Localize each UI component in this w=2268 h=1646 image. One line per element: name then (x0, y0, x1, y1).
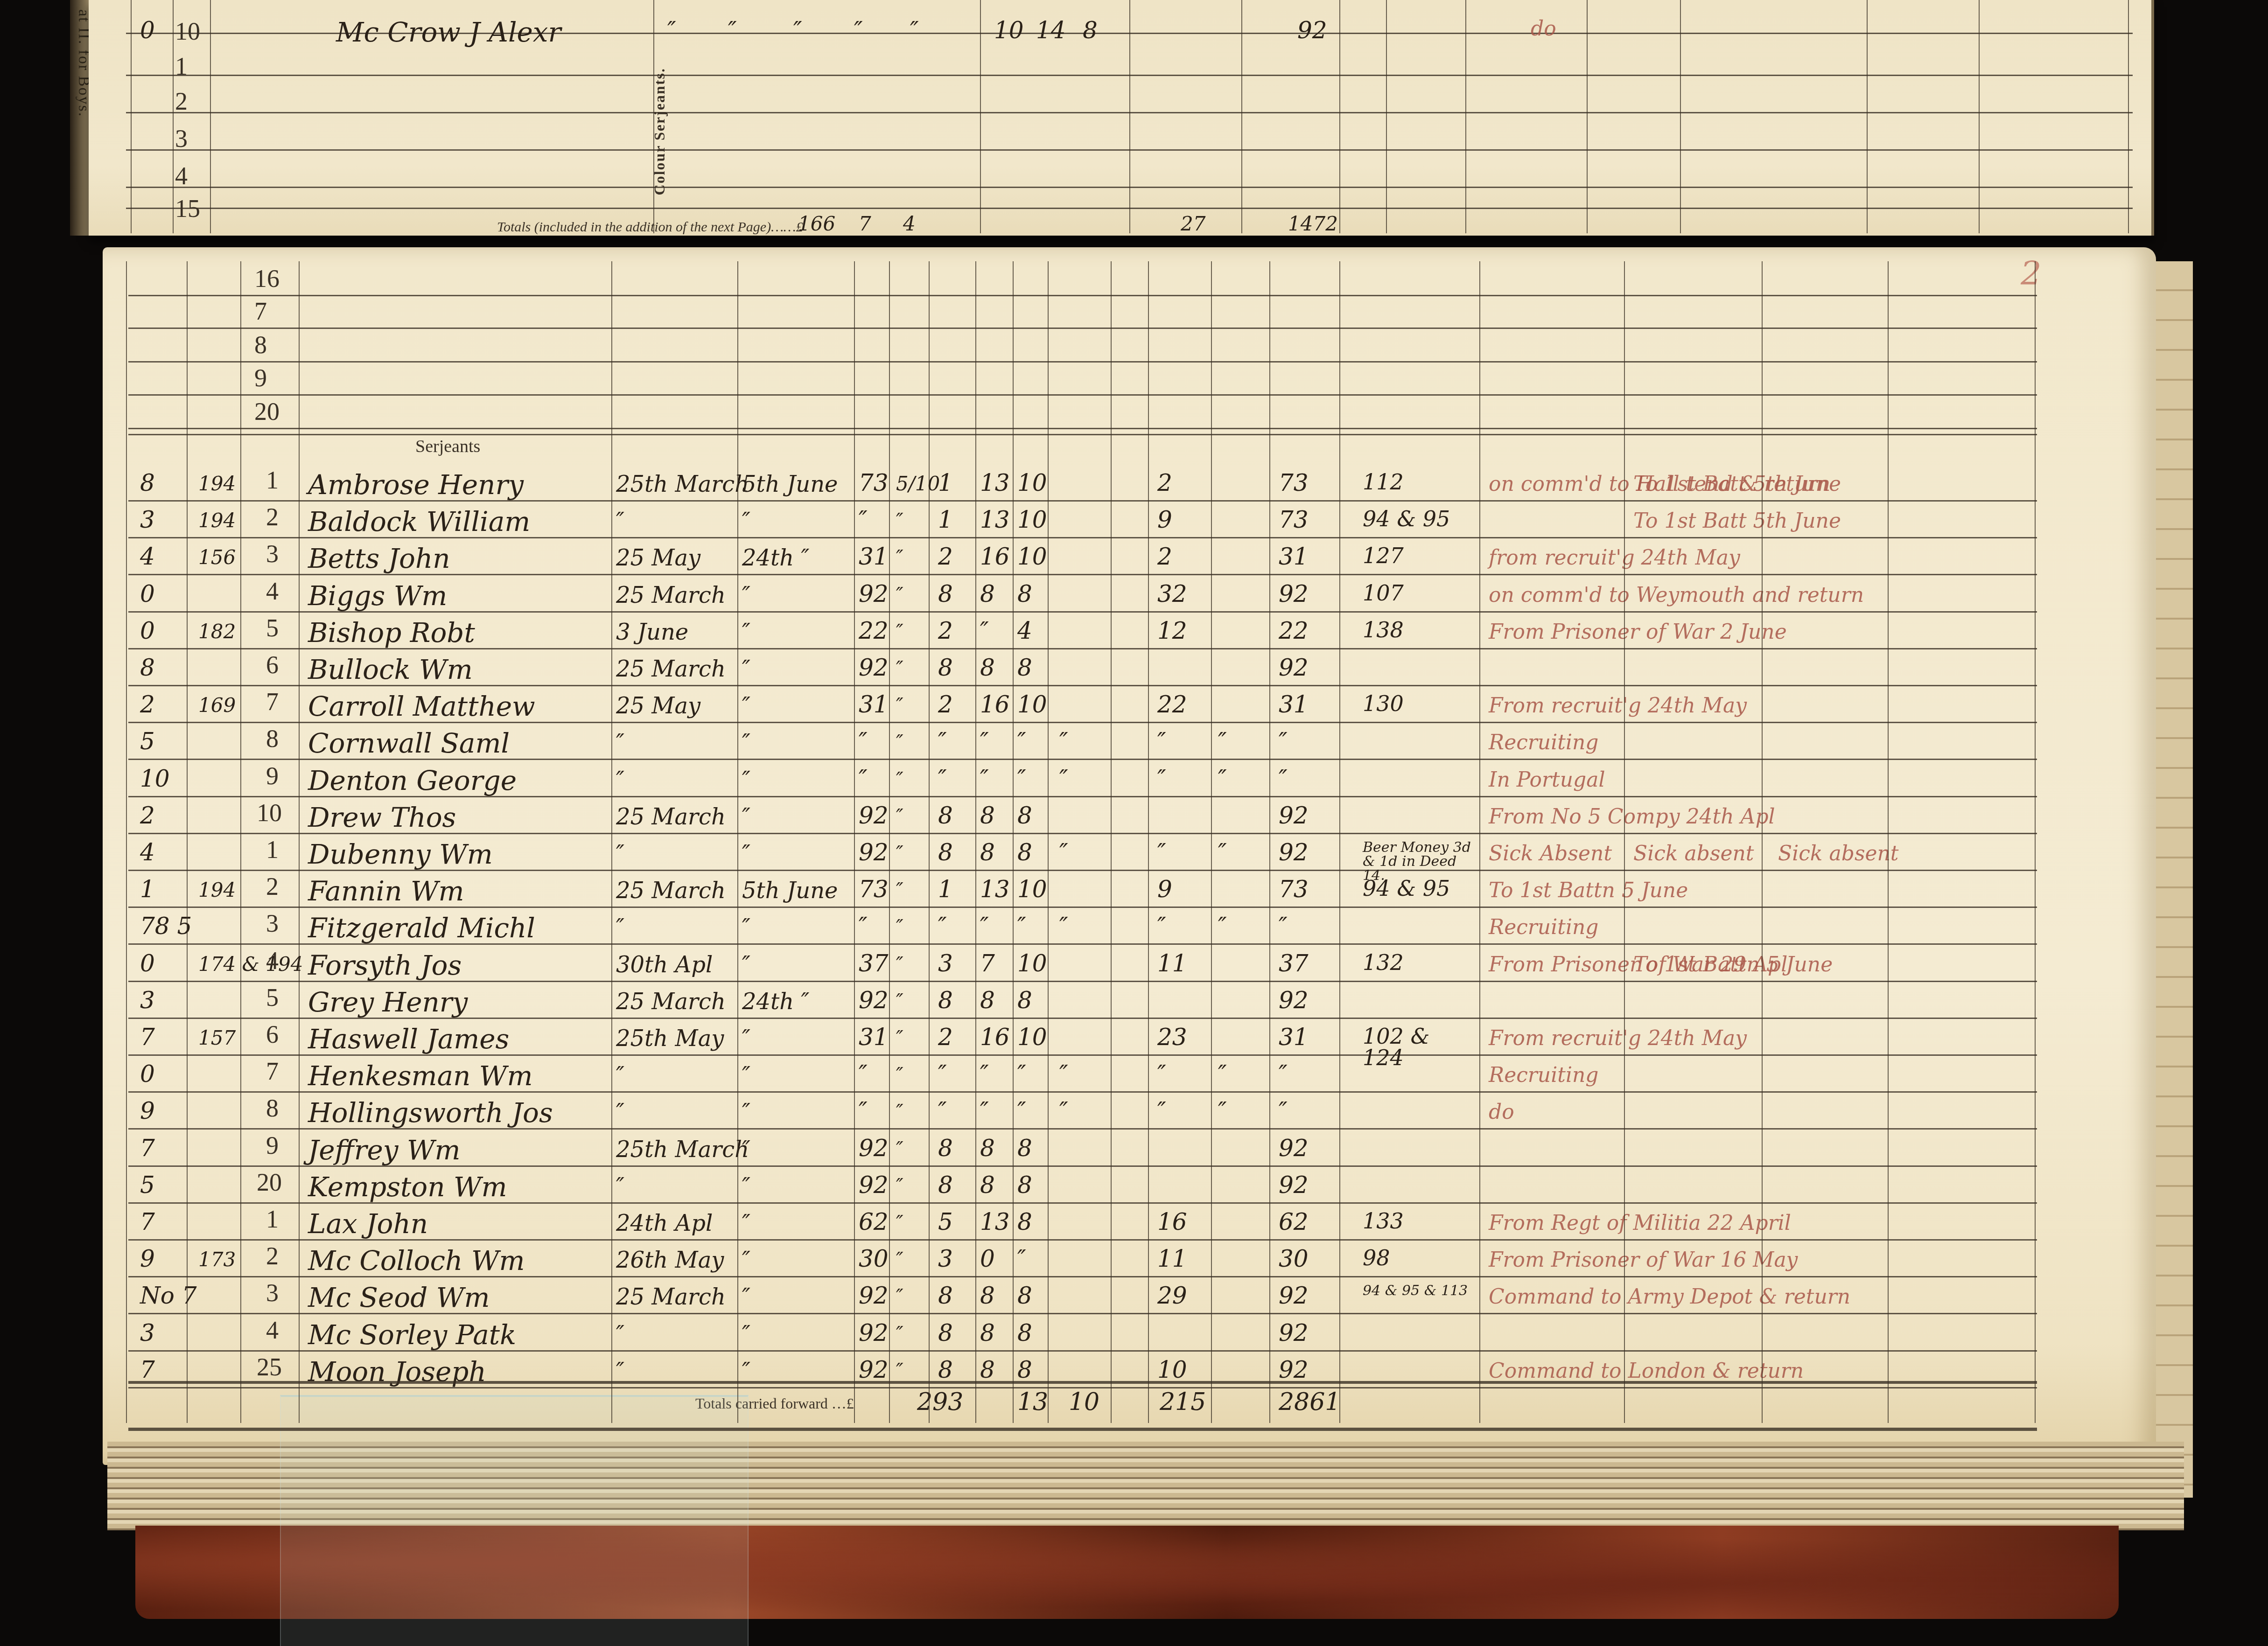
upper-total-col-a: 27 (1181, 212, 1205, 235)
soldier-name: Henkesman Wm (308, 1062, 532, 1089)
grid-vline (173, 0, 174, 233)
grid-vline (854, 261, 855, 1423)
row-number: 25 (257, 1354, 282, 1380)
extra-col-2: 11 (1157, 952, 1187, 975)
row-number: 5 (266, 615, 279, 641)
soldier-name: Carroll Matthew (308, 693, 535, 720)
date-from: 25 March (616, 584, 726, 607)
company-number: 0 (140, 952, 155, 975)
rate: ″ (896, 917, 903, 937)
date-from: 25 May (616, 695, 700, 717)
row-entry: ″ (854, 19, 863, 42)
amount-pounds: 8 (938, 582, 953, 606)
remark-text: To 1st Batt 5th June (1633, 474, 1841, 495)
amount-pounds: 8 (938, 989, 953, 1012)
amount-pounds: 8 (938, 1284, 953, 1307)
company-number: 0 (140, 1062, 155, 1086)
date-to: ″ (742, 916, 750, 939)
amount-pounds: 3 (938, 952, 953, 975)
soldier-name: Denton George (308, 767, 517, 794)
grid-vline (299, 261, 300, 1423)
reference: 107 (1363, 582, 1475, 604)
extra-col-2: 29 (1157, 1284, 1187, 1307)
extra-col-2: 9 (1157, 878, 1172, 901)
date-from: 30th Apl (616, 954, 713, 976)
company-number: 5 (140, 730, 155, 753)
date-from: 25 May (616, 547, 700, 569)
days-count: ″ (859, 1099, 868, 1123)
amount-shillings: 8 (980, 1284, 995, 1307)
rate: ″ (896, 1361, 903, 1381)
reference-number: 173 (198, 1250, 236, 1269)
row-total: 37 (1279, 952, 1309, 975)
date-from: 24th Apl (616, 1212, 713, 1234)
grid-vline (929, 261, 930, 1423)
date-from: 25 March (616, 806, 726, 828)
extra-col-3: ″ (1218, 841, 1227, 864)
date-to: ″ (742, 1212, 750, 1234)
remark-text: Recruiting (1489, 1065, 1599, 1086)
grid-vline (1587, 0, 1588, 233)
amount-pounds: ″ (938, 730, 947, 753)
row-number: 10 (257, 800, 282, 825)
date-from: 25 March (616, 1286, 726, 1308)
row-number: 1 (266, 837, 279, 862)
grid-vline (240, 261, 241, 1423)
extra-col-3: ″ (1218, 914, 1227, 938)
amount-pence: 8 (1017, 1321, 1032, 1345)
soldier-name: Dubenny Wm (308, 841, 493, 868)
grid-hline (128, 328, 2037, 329)
grid-vline (126, 261, 127, 1423)
reference-number: 156 (198, 548, 236, 567)
date-to: ″ (742, 1101, 750, 1123)
reference: 130 (1363, 693, 1475, 714)
row-number: 9 (266, 1133, 279, 1158)
row-total: 30 (1279, 1247, 1309, 1270)
company-number: 0 (140, 582, 155, 606)
row-total: 92 (1279, 841, 1309, 864)
days-count: 92 (859, 1321, 889, 1345)
date-to: ″ (742, 658, 750, 680)
amount-shillings: 16 (980, 1025, 1010, 1049)
grid-vline (1148, 261, 1149, 1423)
date-from: ″ (616, 843, 624, 865)
amount-pounds: 8 (938, 1137, 953, 1160)
days-count: 37 (859, 952, 889, 975)
rate: ″ (896, 1324, 903, 1344)
amount-shillings: ″ (980, 730, 989, 753)
amount-pounds: 1 (938, 878, 953, 901)
grid-vline (1339, 0, 1340, 233)
date-from: 25th March (616, 473, 749, 495)
remark-text: From No 5 Compy 24th Apl (1489, 807, 1775, 827)
amount-pounds: 8 (938, 1358, 953, 1381)
blank-row-number: 8 (254, 332, 267, 357)
grid-hline (128, 295, 2037, 296)
days-count: 92 (859, 1173, 889, 1197)
reference-number: 157 (198, 1028, 236, 1048)
extra-col-2: 16 (1157, 1210, 1187, 1234)
reference-number: 194 (198, 511, 236, 530)
date-to: 24th ″ (742, 547, 809, 569)
row-total: 62 (1279, 1210, 1309, 1234)
extra-col-2: ″ (1157, 1099, 1166, 1123)
grid-vline (611, 261, 612, 1423)
reference: 138 (1363, 619, 1475, 641)
amount-shillings: 8 (980, 1321, 995, 1345)
reference-number: 169 (198, 696, 236, 715)
row-total: 92 (1279, 1284, 1309, 1307)
row-total: ″ (1279, 914, 1288, 938)
amount-shillings: 8 (980, 1358, 995, 1381)
row-total: 31 (1279, 1025, 1309, 1049)
grid-vline (653, 0, 654, 233)
row-total: ″ (1279, 730, 1288, 753)
days-count: 73 (859, 471, 889, 495)
remark-text: In Portugal (1489, 770, 1605, 790)
date-from: ″ (616, 732, 624, 754)
grid-hline (126, 75, 2133, 76)
amount-pounds: 2 (938, 693, 953, 716)
amount-pence: 10 (1017, 952, 1047, 975)
row-entry: ″ (728, 19, 737, 42)
date-from: 25th March (616, 1138, 749, 1161)
row-total: 92 (1279, 582, 1309, 606)
amount-shillings: 8 (980, 804, 995, 827)
company-number: 2 (140, 693, 155, 716)
days-count: 62 (859, 1210, 889, 1234)
glass-stand (280, 1395, 749, 1646)
amount-shillings: 13 (980, 1210, 1010, 1234)
rate: ″ (896, 807, 903, 826)
grid-vline (1211, 261, 1212, 1423)
soldier-name: Mc Colloch Wm (308, 1247, 525, 1274)
remark-text: To 1st Battn 5 June (1489, 880, 1688, 901)
amount-shillings: 16 (980, 693, 1010, 716)
soldier-name: Biggs Wm (308, 582, 447, 609)
amount-shillings: 16 (980, 545, 1010, 568)
remark-text: Sick Absent (1489, 844, 1612, 864)
row-total: ″ (1279, 1062, 1288, 1086)
grid-hline (128, 434, 2037, 435)
extra-col-1: ″ (1059, 767, 1068, 790)
grid-vline (1762, 261, 1763, 1423)
reference-number: 174 & 194 (198, 955, 303, 974)
amount-pence: ″ (1017, 1062, 1026, 1086)
row-number: 2 (175, 89, 188, 114)
date-to: ″ (742, 769, 750, 791)
days-count: 92 (859, 1284, 889, 1307)
row-total: 92 (1279, 656, 1309, 679)
row-number: 2 (266, 504, 279, 530)
remark-text: Sick absent (1778, 844, 1899, 864)
rate: ″ (896, 732, 903, 752)
company-number: 0 (140, 619, 155, 642)
date-from: 26th May (616, 1249, 724, 1271)
row-number: 15 (175, 196, 200, 221)
reference-number: 182 (198, 622, 236, 642)
amount-pounds: 1 (938, 471, 953, 495)
company-number: 1 (140, 878, 155, 901)
date-from: 25 March (616, 879, 726, 902)
company-number: 7 (140, 1025, 155, 1049)
row-number: 7 (266, 689, 279, 714)
remark-text: Sick absent (1633, 844, 1754, 864)
amount-shillings: ″ (980, 914, 989, 938)
extra-col-2: 22 (1157, 693, 1187, 716)
rate: ″ (896, 880, 903, 900)
grid-hline (126, 112, 2133, 113)
date-to: ″ (742, 1249, 750, 1271)
date-to: ″ (742, 510, 750, 532)
row-number: 4 (266, 579, 279, 604)
extra-col-2: 2 (1157, 471, 1172, 495)
extra-col-2: 12 (1157, 619, 1187, 642)
amount-pounds: 2 (938, 1025, 953, 1049)
row-number: 1 (266, 467, 279, 493)
row-total: 73 (1279, 878, 1309, 901)
rate: ″ (896, 1028, 903, 1048)
days-count: 92 (859, 1358, 889, 1381)
extra-col-2: ″ (1157, 914, 1166, 938)
grid-hline (126, 187, 2133, 188)
date-from: 25th May (616, 1027, 724, 1050)
soldier-name: Bishop Robt (308, 619, 475, 646)
row-entry: 10 (994, 19, 1024, 42)
amount-shillings: ″ (980, 619, 989, 642)
grid-vline (737, 261, 738, 1423)
extra-col-2: ″ (1157, 841, 1166, 864)
remark-text: do (1489, 1102, 1514, 1123)
soldier-name: Grey Henry (308, 989, 468, 1016)
days-count: 31 (859, 545, 889, 568)
amount-pounds: 2 (938, 619, 953, 642)
rate: ″ (896, 1287, 903, 1306)
amount-shillings: 8 (980, 841, 995, 864)
row-total: ″ (1279, 1099, 1288, 1123)
grid-vline (1269, 261, 1270, 1423)
row-total: 92 (1279, 804, 1309, 827)
soldier-name: Betts John (308, 545, 450, 572)
amount-pounds: ″ (938, 1062, 947, 1086)
amount-pence: 10 (1017, 471, 1047, 495)
grid-vline (1013, 261, 1014, 1423)
extra-col-2: ″ (1157, 767, 1166, 790)
date-to: ″ (742, 584, 750, 607)
date-from: 25 March (616, 990, 726, 1013)
row-number: 9 (266, 763, 279, 788)
amount-pence: 8 (1017, 1358, 1032, 1381)
total-col-a: 215 (1160, 1388, 1206, 1416)
extra-col-2: 9 (1157, 508, 1172, 531)
date-to: ″ (742, 1286, 750, 1308)
rate: ″ (896, 770, 903, 789)
upper-total-pence: 4 (903, 212, 916, 235)
date-from: 25 March (616, 658, 726, 680)
date-to: 5th June (742, 473, 838, 495)
extra-col-1: ″ (1059, 1062, 1068, 1086)
days-count: 31 (859, 1025, 889, 1049)
grid-vline (1479, 261, 1480, 1423)
date-to: ″ (742, 1064, 750, 1087)
company-number: 3 (140, 508, 155, 531)
grid-vline (187, 261, 188, 1423)
soldier-name: Ambrose Henry (308, 471, 524, 498)
grid-hline (126, 149, 2133, 151)
company-number: 7 (140, 1358, 155, 1381)
amount-pounds: ″ (938, 914, 947, 938)
row-total: 22 (1279, 619, 1309, 642)
amount-pounds: 8 (938, 804, 953, 827)
days-count: 31 (859, 693, 889, 716)
remark-text: From Prisoner of War 2 June (1489, 622, 1787, 642)
total-col-b: 2861 (1279, 1388, 1340, 1416)
days-count: 92 (859, 656, 889, 679)
days-count: ″ (859, 767, 868, 790)
reference: 132 (1363, 952, 1475, 973)
row-number: 5 (266, 985, 279, 1010)
amount-pounds: 2 (938, 545, 953, 568)
reference: 127 (1363, 545, 1475, 566)
rate: ″ (896, 511, 903, 530)
row-total: 92 (1279, 989, 1309, 1012)
rate: ″ (896, 1102, 903, 1122)
row-number: 3 (266, 911, 279, 936)
remark-text: Recruiting (1489, 917, 1599, 938)
grid-hline (128, 394, 2037, 396)
company-number: 2 (140, 804, 155, 827)
total-pounds: 293 (917, 1388, 963, 1416)
rate: ″ (896, 991, 903, 1011)
rate: ″ (896, 844, 903, 863)
date-from: ″ (616, 510, 624, 532)
row-number: 2 (266, 1243, 279, 1269)
upper-total-col-b: 1472 (1288, 212, 1338, 235)
row-number: 20 (257, 1170, 282, 1195)
amount-pounds: 8 (938, 841, 953, 864)
remark-text: on comm'd to Weymouth and return (1489, 585, 1864, 606)
amount-pence: 8 (1017, 582, 1032, 606)
amount-shillings: 13 (980, 471, 1010, 495)
amount-shillings: 13 (980, 508, 1010, 531)
amount-shillings: 8 (980, 582, 995, 606)
grid-vline (1241, 0, 1242, 233)
row-total: 92 (1279, 1358, 1309, 1381)
reference: 94 & 95 & 113 (1363, 1284, 1475, 1298)
rate: ″ (896, 1250, 903, 1269)
row-total: 73 (1279, 471, 1309, 495)
row-number: 3 (175, 126, 188, 151)
date-to: ″ (742, 1175, 750, 1198)
soldier-name: Fitzgerald Michl (308, 914, 535, 942)
row-number: 6 (266, 652, 279, 677)
remark-text: Recruiting (1489, 732, 1599, 753)
date-to: ″ (742, 1027, 750, 1050)
soldier-name: Bullock Wm (308, 656, 473, 683)
days-count: 92 (859, 989, 889, 1012)
company-number: 8 (140, 471, 155, 495)
extra-col-3: ″ (1218, 1099, 1227, 1123)
upper-total-pounds: 166 (798, 212, 835, 235)
reference: 112 (1363, 471, 1475, 493)
blank-row-number: 9 (254, 365, 267, 391)
amount-pence: 10 (1017, 1025, 1047, 1049)
row-number: 6 (266, 1022, 279, 1047)
soldier-name: Kempston Wm (308, 1173, 507, 1200)
row-number: 10 (175, 19, 200, 44)
row-number: 8 (266, 1095, 279, 1121)
date-to: ″ (742, 1323, 750, 1346)
extra-col-3: ″ (1218, 730, 1227, 753)
date-from: ″ (616, 1101, 624, 1123)
total-pence: 10 (1069, 1388, 1099, 1416)
days-count: ″ (859, 508, 868, 531)
row-entry: 8 (1083, 19, 1098, 42)
upper-total-shillings: 7 (859, 212, 871, 235)
company-number: 5 (140, 1173, 155, 1197)
date-from: ″ (616, 1175, 624, 1198)
grid-vline (1624, 261, 1625, 1423)
row-total: 31 (1279, 545, 1309, 568)
soldier-name: Jeffrey Wm (308, 1137, 461, 1164)
date-from: ″ (616, 1064, 624, 1087)
days-count: 92 (859, 841, 889, 864)
rate: ″ (896, 1176, 903, 1196)
row-entry: ″ (793, 19, 802, 42)
grid-hline (128, 361, 2037, 363)
row-remark: do (1531, 19, 1556, 39)
days-count: ″ (859, 914, 868, 938)
company-number: 4 (140, 841, 155, 864)
extra-col-1: ″ (1059, 841, 1068, 864)
grid-vline (1888, 261, 1889, 1423)
page-number: 2 (2021, 254, 2042, 293)
date-to: ″ (742, 1360, 750, 1382)
rate: ″ (896, 1065, 903, 1085)
grid-vline (1339, 261, 1340, 1423)
date-to: ″ (742, 1138, 750, 1161)
reference-number: 194 (198, 880, 236, 900)
amount-pence: 8 (1017, 1173, 1032, 1197)
remark-text: From recruit'g 24th May (1489, 1028, 1747, 1049)
date-to: ″ (742, 806, 750, 828)
grid-vline (1680, 0, 1681, 233)
grid-hline (128, 428, 2037, 429)
days-count: ″ (859, 730, 868, 753)
company-number: 8 (140, 656, 155, 679)
grid-vline (1048, 261, 1049, 1423)
extra-col-1: ″ (1059, 730, 1068, 753)
amount-shillings: 7 (980, 952, 995, 975)
total-shillings: 13 (1017, 1388, 1048, 1416)
amount-pence: 10 (1017, 693, 1047, 716)
date-from: 3 June (616, 621, 688, 643)
company-number: 9 (140, 1247, 155, 1270)
row-entry: ″ (910, 19, 919, 42)
grid-hline (128, 1381, 2037, 1384)
amount-pence: 4 (1017, 619, 1032, 642)
amount-pence: ″ (1017, 767, 1026, 790)
amount-pounds: 5 (938, 1210, 953, 1234)
extra-col-1: ″ (1059, 1099, 1068, 1123)
amount-pounds: ″ (938, 1099, 947, 1123)
amount-shillings: ″ (980, 767, 989, 790)
grid-vline (975, 261, 976, 1423)
company-number: 7 (140, 1210, 155, 1234)
date-to: ″ (742, 732, 750, 754)
row-number: 4 (266, 1318, 279, 1343)
